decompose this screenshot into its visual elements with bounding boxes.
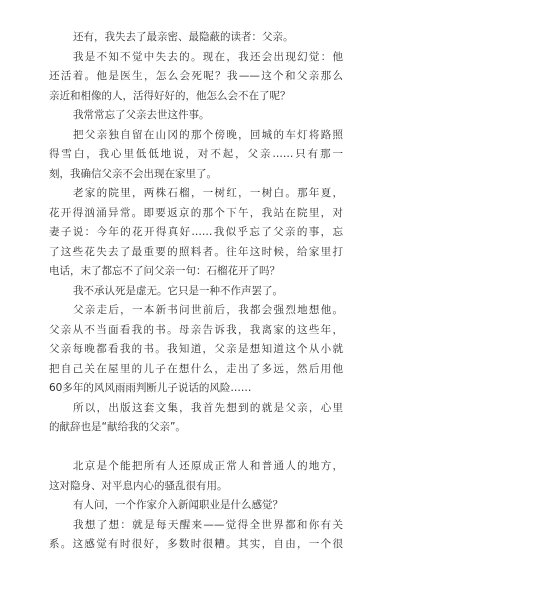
text-line-20: 所以，出版这套文集，我首先想到的就是父亲，心里 — [49, 399, 343, 419]
text-line-9: 老家的院里，两株石榴，一树红，一树白。那年夏， — [49, 184, 343, 204]
text-line-7: 得雪白，我心里低低地说，对不起，父亲……只有那一 — [49, 145, 343, 165]
text-line-25: 有人问，一个作家介入新闻职业是什么感觉？ — [49, 496, 343, 516]
text-line-15: 父亲走后，一本新书问世前后，我都会强烈地想他。 — [49, 301, 343, 321]
text-line-21: 的献辞也是“献给我的父亲”。 — [49, 418, 343, 438]
book-page: 还有，我失去了最亲密、最隐蔽的读者：父亲。我是不知不觉中失去的。现在，我还会出现… — [0, 0, 551, 611]
text-line-13: 电话，末了都忘不了问父亲一句：石榴花开了吗？ — [49, 262, 343, 282]
text-line-3: 还活着。他是医生，怎么会死呢？我——这个和父亲那么 — [49, 67, 343, 87]
text-line-26: 我想了想：就是每天醒来——觉得全世界都和你有关 — [49, 516, 343, 536]
text-line-4: 亲近和相像的人，活得好好的，他怎么会不在了呢？ — [49, 87, 343, 107]
text-line-18: 把自己关在屋里的儿子在想什么，走出了多远，然后用他 — [49, 360, 343, 380]
text-line-16: 父亲从不当面看我的书。母亲告诉我，我离家的这些年， — [49, 321, 343, 341]
text-line-5: 我常常忘了父亲去世这件事。 — [49, 106, 343, 126]
text-line-8: 刻，我确信父亲不会出现在家里了。 — [49, 165, 343, 185]
text-line-6: 把父亲独自留在山冈的那个傍晚，回城的车灯将路照 — [49, 126, 343, 146]
text-line-2: 我是不知不觉中失去的。现在，我还会出现幻觉：他 — [49, 48, 343, 68]
text-line-24: 这对隐身、对平息内心的骚乱很有用。 — [49, 477, 343, 497]
text-line-19: 60多年的风风雨雨判断儿子说话的风险…… — [49, 379, 343, 399]
blank-line — [49, 438, 343, 458]
text-line-1: 还有，我失去了最亲密、最隐蔽的读者：父亲。 — [49, 28, 343, 48]
text-line-10: 花开得汹涌异常。即要返京的那个下午，我站在院里，对 — [49, 204, 343, 224]
text-line-14: 我不承认死是虚无。它只是一种不作声罢了。 — [49, 282, 343, 302]
text-line-17: 父亲每晚都看我的书。我知道，父亲是想知道这个从小就 — [49, 340, 343, 360]
text-line-11: 妻子说：今年的花开得真好……我似乎忘了父亲的事，忘 — [49, 223, 343, 243]
text-line-23: 北京是个能把所有人还原成正常人和普通人的地方， — [49, 457, 343, 477]
text-line-27: 系。这感觉有时很好，多数时很糟。其实，自由，一个很 — [49, 535, 343, 555]
text-line-12: 了这些花失去了最重要的照料者。往年这时候，给家里打 — [49, 243, 343, 263]
text-column: 还有，我失去了最亲密、最隐蔽的读者：父亲。我是不知不觉中失去的。现在，我还会出现… — [49, 28, 343, 555]
